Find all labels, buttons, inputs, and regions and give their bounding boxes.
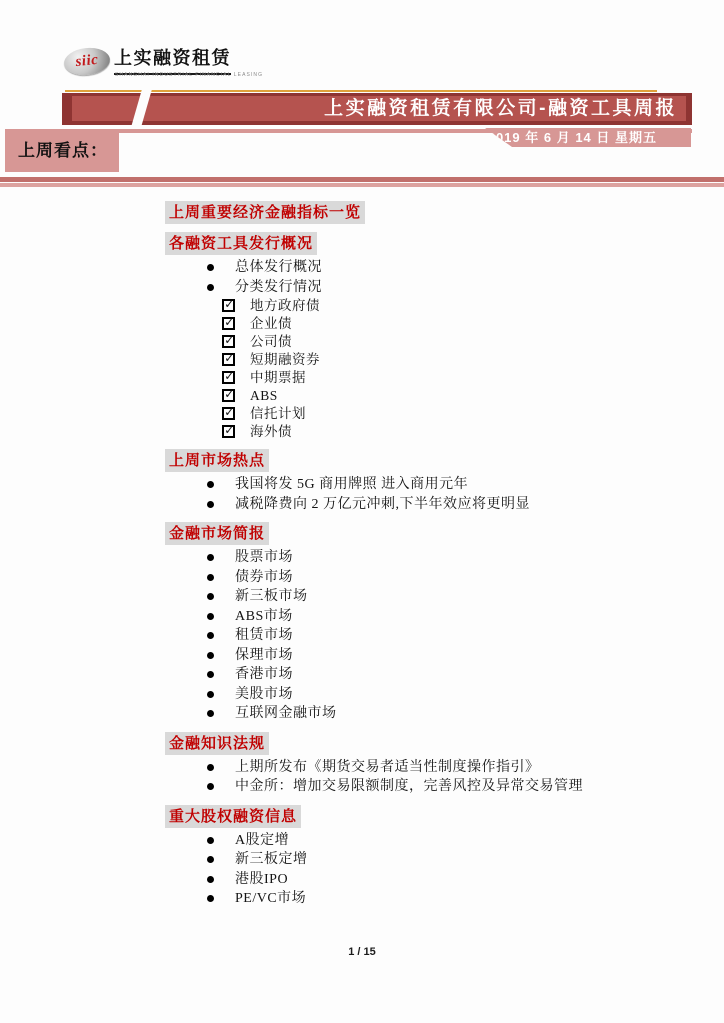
section-heading: 各融资工具发行概况 <box>165 232 317 255</box>
bullet-icon <box>207 481 214 488</box>
section-heading: 重大股权融资信息 <box>165 805 301 828</box>
checked-checkbox-icon: ✓ <box>222 407 235 420</box>
item-label: 互联网金融市场 <box>235 704 337 724</box>
bullet-list-item: 香港市场 <box>165 665 695 685</box>
bullet-icon <box>207 574 214 581</box>
item-label: 分类发行情况 <box>235 278 322 298</box>
report-page: siic 上实融资租赁 SHANGHAI INDUSTRIAL FINANCIA… <box>0 0 724 1023</box>
section-heading: 上周重要经济金融指标一览 <box>165 201 365 224</box>
item-label: 中期票据 <box>250 369 306 387</box>
item-label: 香港市场 <box>235 665 293 685</box>
bullet-icon <box>207 652 214 659</box>
item-label: ABS <box>250 387 278 405</box>
item-label: A股定增 <box>235 831 289 851</box>
item-label: ABS市场 <box>235 607 293 627</box>
bullet-icon <box>207 264 214 271</box>
bullet-list-item: 总体发行概况 <box>165 258 695 278</box>
company-logo: siic 上实融资租赁 SHANGHAI INDUSTRIAL FINANCIA… <box>62 42 302 88</box>
item-label: 新三板定增 <box>235 850 308 870</box>
page-number: 1 / 15 <box>0 946 724 958</box>
checkbox-list-item: ✓公司债 <box>165 333 695 351</box>
siic-logo-text: siic <box>75 52 99 71</box>
highlights-label: 上周看点： <box>5 129 119 172</box>
bullet-list-item: PE/VC市场 <box>165 889 695 909</box>
bullet-list-item: A股定增 <box>165 831 695 851</box>
checkbox-list-item: ✓海外债 <box>165 423 695 441</box>
bullet-list-item: 中金所：增加交易限额制度，完善风控及异常交易管理 <box>165 777 695 797</box>
title-banner: 上实融资租赁有限公司-融资工具周报 <box>62 93 692 125</box>
bullet-icon <box>207 856 214 863</box>
toc-content: 上周重要经济金融指标一览各融资工具发行概况总体发行概况分类发行情况✓地方政府债✓… <box>165 201 695 909</box>
bullet-icon <box>207 554 214 561</box>
separator-band-light <box>0 183 724 187</box>
bullet-list-item: 新三板市场 <box>165 587 695 607</box>
bullet-icon <box>207 691 214 698</box>
item-label: 美股市场 <box>235 685 293 705</box>
item-label: 海外债 <box>250 423 292 441</box>
bullet-list-item: 上期所发布《期货交易者适当性制度操作指引》 <box>165 758 695 778</box>
bullet-icon <box>207 783 214 790</box>
checked-checkbox-icon: ✓ <box>222 353 235 366</box>
checked-checkbox-icon: ✓ <box>222 371 235 384</box>
item-label: 我国将发 5G 商用牌照 进入商用元年 <box>235 475 468 495</box>
item-label: 租赁市场 <box>235 626 293 646</box>
bullet-list-item: 美股市场 <box>165 685 695 705</box>
bullet-list-item: 股票市场 <box>165 548 695 568</box>
checked-checkbox-icon: ✓ <box>222 389 235 402</box>
bullet-list-item: 新三板定增 <box>165 850 695 870</box>
bullet-icon <box>207 764 214 771</box>
bullet-icon <box>207 593 214 600</box>
checkbox-list-item: ✓地方政府债 <box>165 297 695 315</box>
bullet-icon <box>207 876 214 883</box>
checked-checkbox-icon: ✓ <box>222 335 235 348</box>
section-heading: 金融知识法规 <box>165 732 269 755</box>
checkbox-list-item: ✓企业债 <box>165 315 695 333</box>
report-title: 上实融资租赁有限公司-融资工具周报 <box>72 96 686 121</box>
gold-divider-line <box>65 90 657 92</box>
checkbox-list-item: ✓信托计划 <box>165 405 695 423</box>
bullet-list-item: 租赁市场 <box>165 626 695 646</box>
bullet-list-item: 互联网金融市场 <box>165 704 695 724</box>
bullet-icon <box>207 284 214 291</box>
item-label: 股票市场 <box>235 548 293 568</box>
checkbox-list-item: ✓中期票据 <box>165 369 695 387</box>
checkbox-list-item: ✓ABS <box>165 387 695 405</box>
item-label: 中金所：增加交易限额制度，完善风控及异常交易管理 <box>235 777 583 797</box>
bullet-icon <box>207 632 214 639</box>
checked-checkbox-icon: ✓ <box>222 299 235 312</box>
bullet-icon <box>207 895 214 902</box>
item-label: 总体发行概况 <box>235 258 322 278</box>
section-heading: 上周市场热点 <box>165 449 269 472</box>
item-label: 短期融资券 <box>250 351 320 369</box>
bullet-icon <box>207 501 214 508</box>
item-label: 公司债 <box>250 333 292 351</box>
item-label: 企业债 <box>250 315 292 333</box>
item-label: 保理市场 <box>235 646 293 666</box>
bullet-list-item: ABS市场 <box>165 607 695 627</box>
bullet-list-item: 我国将发 5G 商用牌照 进入商用元年 <box>165 475 695 495</box>
item-label: 上期所发布《期货交易者适当性制度操作指引》 <box>235 758 540 778</box>
checkbox-list-item: ✓短期融资券 <box>165 351 695 369</box>
bullet-list-item: 分类发行情况 <box>165 278 695 298</box>
section-heading: 金融市场简报 <box>165 522 269 545</box>
bullet-icon <box>207 837 214 844</box>
bullet-list-item: 减税降费向 2 万亿元冲刺,下半年效应将更明显 <box>165 495 695 515</box>
item-label: 新三板市场 <box>235 587 308 607</box>
item-label: 地方政府债 <box>250 297 320 315</box>
item-label: PE/VC市场 <box>235 889 306 909</box>
bullet-list-item: 港股IPO <box>165 870 695 890</box>
checked-checkbox-icon: ✓ <box>222 317 235 330</box>
bullet-list-item: 保理市场 <box>165 646 695 666</box>
separator-band-dark <box>0 177 724 182</box>
item-label: 港股IPO <box>235 870 288 890</box>
company-name-cn: 上实融资租赁 <box>114 44 231 75</box>
bullet-icon <box>207 710 214 717</box>
bullet-icon <box>207 613 214 620</box>
company-name-en: SHANGHAI INDUSTRIAL FINANCIAL LEASING <box>115 72 263 78</box>
item-label: 减税降费向 2 万亿元冲刺,下半年效应将更明显 <box>235 495 530 515</box>
bullet-list-item: 债券市场 <box>165 568 695 588</box>
checked-checkbox-icon: ✓ <box>222 425 235 438</box>
item-label: 信托计划 <box>250 405 306 423</box>
siic-logo-icon: siic <box>63 46 112 78</box>
item-label: 债券市场 <box>235 568 293 588</box>
bullet-icon <box>207 671 214 678</box>
report-date: 2019 年 6 月 14 日 星期五 <box>485 128 691 147</box>
